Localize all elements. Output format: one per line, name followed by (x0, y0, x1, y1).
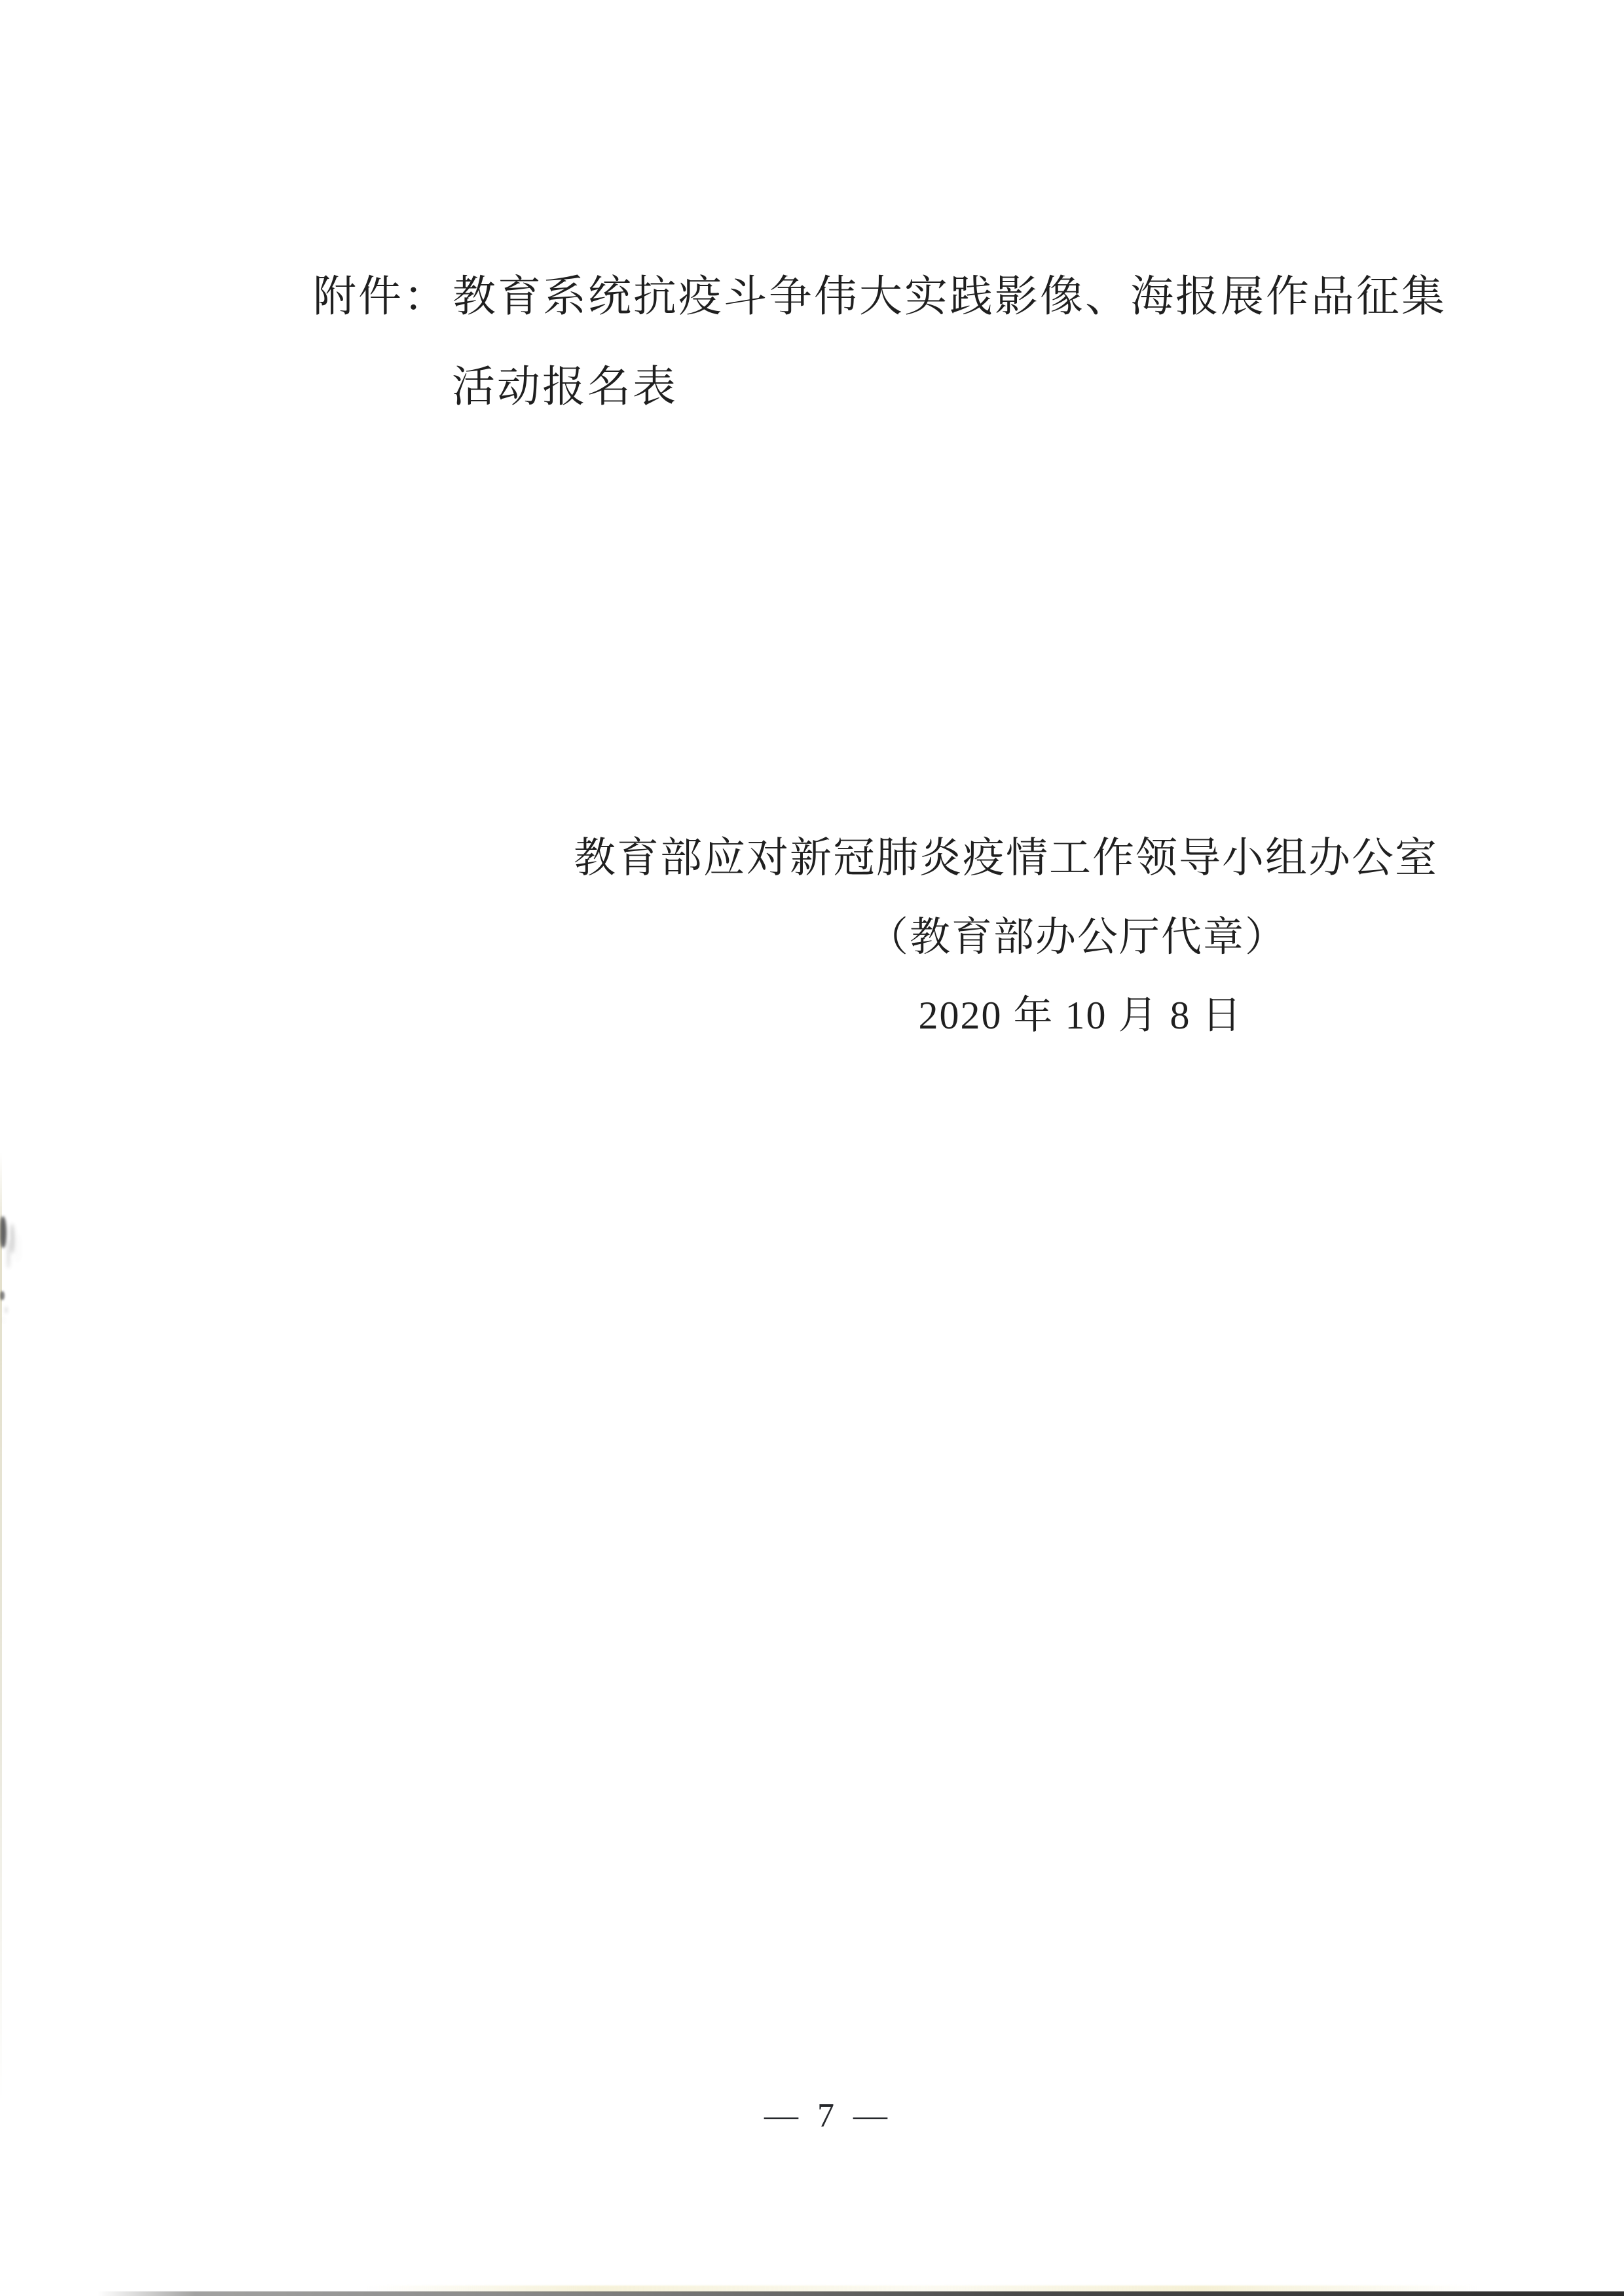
signature-seal-note: （教育部办公厅代章） (868, 911, 1287, 964)
signature-organization: 教育部应对新冠肺炎疫情工作领导小组办公室 (574, 831, 1438, 885)
page-number: — 7 — (764, 2095, 893, 2137)
attachment-line-1: 附件：教育系统抗疫斗争伟大实践影像、海报展作品征集 (313, 268, 1447, 326)
scan-artifact-left-speck (0, 1291, 5, 1300)
scan-artifact-bottom-edge (0, 2291, 1624, 2296)
scan-artifact-left-smudge (0, 1216, 7, 1248)
signature-date: 2020 年 10 月 8 日 (919, 990, 1243, 1041)
attachment-label: 附件： (313, 273, 449, 321)
attachment-title-line2: 活动报名表 (452, 359, 678, 416)
attachment-title-line1: 教育系统抗疫斗争伟大实践影像、海报展作品征集 (452, 273, 1447, 321)
document-page: 附件：教育系统抗疫斗争伟大实践影像、海报展作品征集 活动报名表 教育部应对新冠肺… (0, 0, 1624, 2296)
